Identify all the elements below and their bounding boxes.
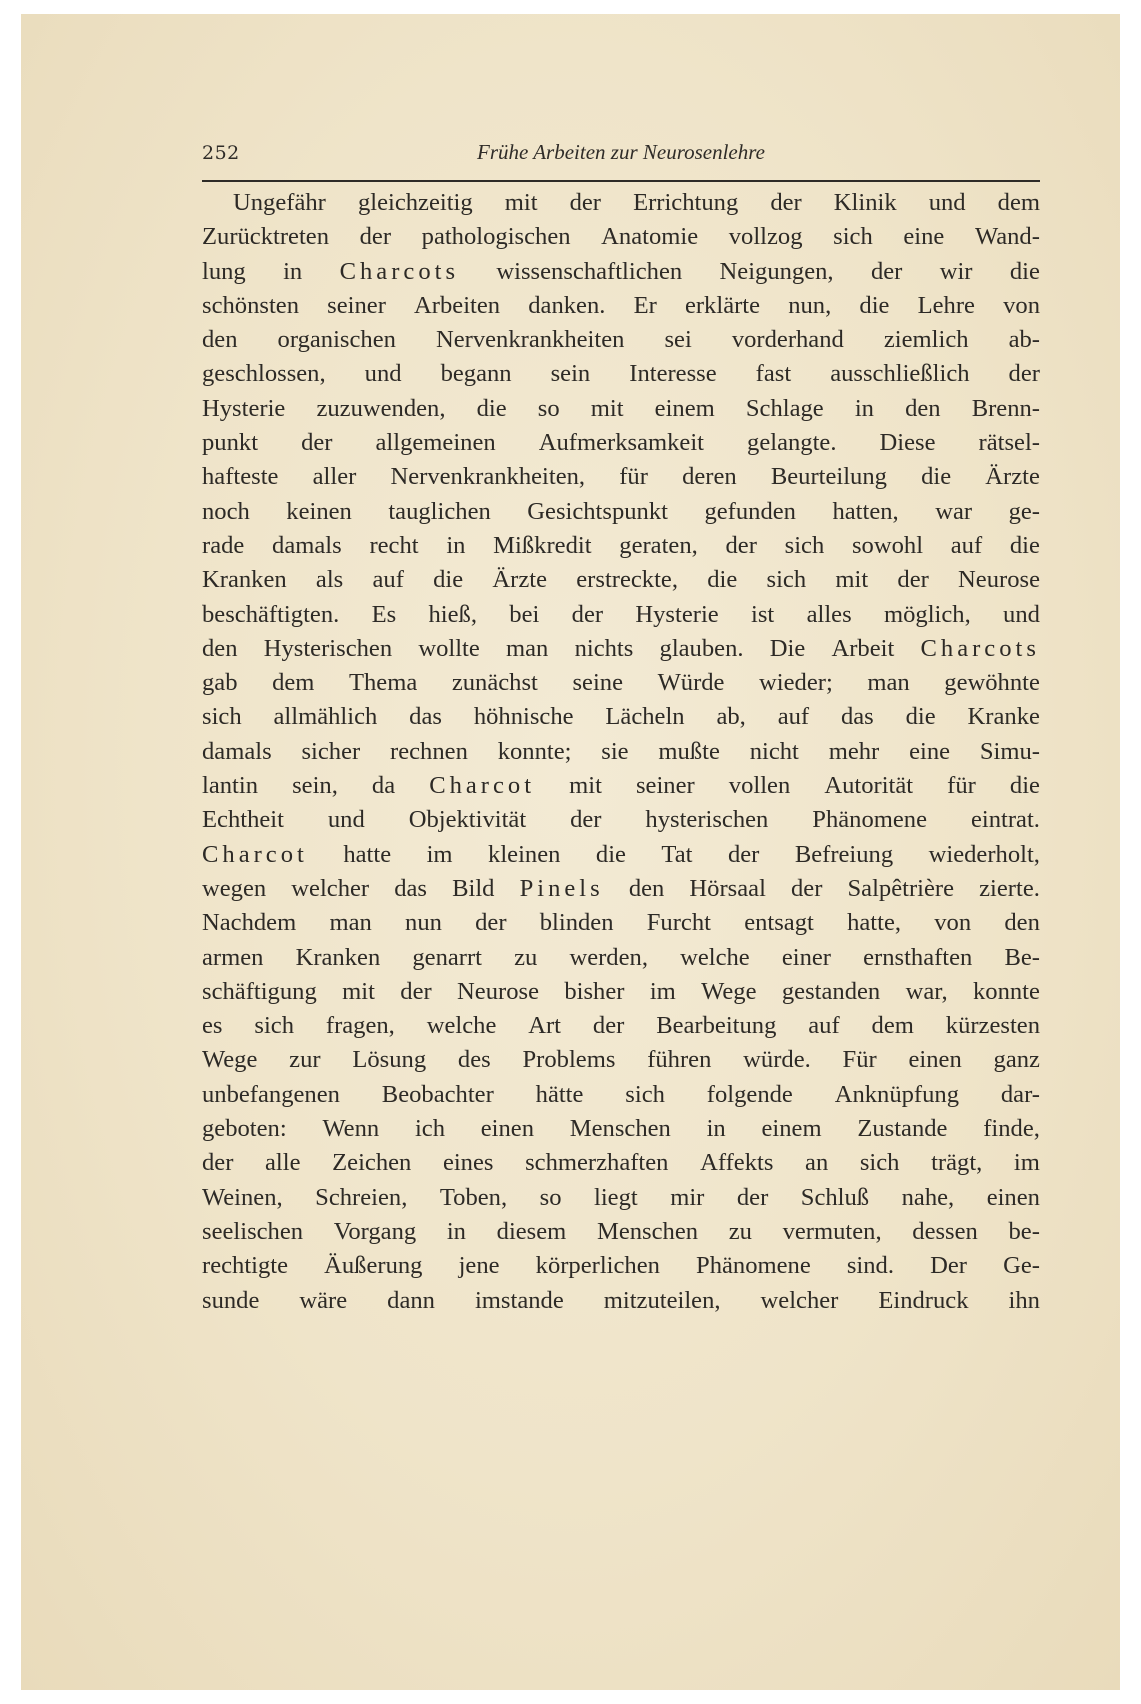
word: Anatomie xyxy=(601,220,698,254)
emphasized-name: Pinels xyxy=(520,872,604,906)
word: führen xyxy=(647,1043,711,1077)
word: und xyxy=(1003,598,1040,632)
word: Anknüpfung xyxy=(835,1078,959,1112)
body-text: UngefährgleichzeitigmitderErrichtungderK… xyxy=(202,186,1040,1318)
word: würde. xyxy=(743,1043,811,1077)
word: man xyxy=(506,632,548,666)
word: ist xyxy=(751,598,774,632)
word: Aufmerksamkeit xyxy=(539,426,704,460)
word: Arbeit xyxy=(831,632,894,666)
word: Ge- xyxy=(1003,1249,1040,1283)
word: wegen xyxy=(202,872,266,906)
word: Neurose xyxy=(958,563,1040,597)
word: beschäftigten. xyxy=(202,598,339,632)
word: der xyxy=(897,563,928,597)
word: bei xyxy=(509,598,539,632)
word: liegt xyxy=(594,1181,638,1215)
word: alle xyxy=(265,1146,301,1180)
word: Weinen, xyxy=(202,1181,283,1215)
word: geboten: xyxy=(202,1112,287,1146)
running-title: Frühe Arbeiten zur Neurosenlehre xyxy=(202,140,1040,165)
word: man xyxy=(329,906,371,940)
word: nahe, xyxy=(902,1181,955,1215)
text-line: EchtheitundObjektivitätderhysterischenPh… xyxy=(202,803,1040,837)
word: bisher xyxy=(564,975,624,1009)
word: Für xyxy=(843,1043,877,1077)
word: Menschen xyxy=(597,1215,698,1249)
word: dem xyxy=(872,1009,914,1043)
word: Objektivität xyxy=(409,803,526,837)
text-line: UngefährgleichzeitigmitderErrichtungderK… xyxy=(202,186,1040,220)
word: gab xyxy=(202,666,238,700)
word: sich xyxy=(860,1146,900,1180)
text-line: armenKrankengenarrtzuwerden,welcheeinere… xyxy=(202,941,1040,975)
text-line: denHysterischenwolltemannichtsglauben.Di… xyxy=(202,632,1040,666)
word: der xyxy=(400,975,431,1009)
word: Phänomene xyxy=(696,1249,811,1283)
word: folgende xyxy=(707,1078,793,1112)
word: von xyxy=(934,906,971,940)
word: Menschen xyxy=(570,1112,671,1146)
text-line: haftesteallerNervenkrankheiten,fürderenB… xyxy=(202,460,1040,494)
word: rade xyxy=(202,529,244,563)
word: geraten, xyxy=(619,529,698,563)
word: sunde xyxy=(202,1284,259,1318)
word: nicht xyxy=(750,735,799,769)
word: Brenn- xyxy=(972,392,1040,426)
word: Salpêtrière xyxy=(848,872,955,906)
word: Beurteilung xyxy=(771,460,887,494)
word: und xyxy=(328,803,365,837)
word: Hörsaal xyxy=(689,872,765,906)
text-line: sundewäredannimstandemitzuteilen,welcher… xyxy=(202,1284,1040,1318)
word: Ärzte xyxy=(492,563,547,597)
word: den xyxy=(629,872,665,906)
word: Die xyxy=(770,632,806,666)
word: deren xyxy=(682,460,737,494)
word: erklärte xyxy=(685,289,760,323)
word: eine xyxy=(903,220,944,254)
word: Lehre xyxy=(918,289,975,323)
word: den xyxy=(202,323,238,357)
word: Thema xyxy=(349,666,417,700)
text-line: gabdemThemazunächstseineWürdewieder;mang… xyxy=(202,666,1040,700)
word: Interesse xyxy=(629,357,716,391)
word: gewöhnte xyxy=(944,666,1040,700)
word: dem xyxy=(272,666,314,700)
word: Phänomene xyxy=(812,803,927,837)
word: gelangte. xyxy=(747,426,836,460)
word: den xyxy=(1004,906,1040,940)
word: Echtheit xyxy=(202,803,284,837)
word: Affekts xyxy=(700,1146,773,1180)
text-line: lantinsein,daCharcotmitseinervollenAutor… xyxy=(202,769,1040,803)
word: Kranken xyxy=(296,941,381,975)
word: welcher xyxy=(761,1284,839,1318)
word: Kranken xyxy=(202,563,287,597)
word: genarrt xyxy=(412,941,482,975)
word: keinen xyxy=(286,495,352,529)
word: seiner xyxy=(327,289,386,323)
text-line: beschäftigten.Eshieß,beiderHysterieistal… xyxy=(202,598,1040,632)
word: die xyxy=(596,838,626,872)
text-line: KrankenalsaufdieÄrzteerstreckte,diesichm… xyxy=(202,563,1040,597)
word: Nervenkrankheiten, xyxy=(390,460,585,494)
word: der xyxy=(593,1009,624,1043)
word: werden, xyxy=(569,941,648,975)
word: Hysterie xyxy=(635,598,718,632)
word: welche xyxy=(427,1009,497,1043)
word: und xyxy=(365,357,402,391)
word: fast xyxy=(756,357,792,391)
word: wir xyxy=(940,255,973,289)
word: mit xyxy=(835,563,868,597)
word: ganz xyxy=(994,1043,1040,1077)
word: zierte. xyxy=(979,872,1040,906)
word: Neurose xyxy=(457,975,539,1009)
word: wiederholt, xyxy=(929,838,1040,872)
text-line: schönstenseinerArbeitendanken.Ererklärte… xyxy=(202,289,1040,323)
word: be- xyxy=(1009,1215,1040,1249)
word: schäftigung xyxy=(202,975,317,1009)
word: seiner xyxy=(636,769,695,803)
word: mitzuteilen, xyxy=(604,1284,721,1318)
text-line: Weinen,Schreien,Toben,soliegtmirderSchlu… xyxy=(202,1181,1040,1215)
word: hatten, xyxy=(832,495,898,529)
text-line: unbefangenenBeobachterhättesichfolgendeA… xyxy=(202,1078,1040,1112)
word: Vorgang xyxy=(334,1215,416,1249)
word: der xyxy=(570,186,601,220)
word: welcher xyxy=(291,872,369,906)
word: zu xyxy=(729,1215,752,1249)
word: zuzuwenden, xyxy=(316,392,445,426)
word: einem xyxy=(761,1112,821,1146)
word: entsagt xyxy=(744,906,814,940)
word: konnte; xyxy=(498,735,572,769)
text-line: nochkeinentauglichenGesichtspunktgefunde… xyxy=(202,495,1040,529)
word: nun, xyxy=(788,289,831,323)
word: seine xyxy=(572,666,623,700)
word: armen xyxy=(202,941,263,975)
word: vermuten, xyxy=(783,1215,882,1249)
word: diesem xyxy=(497,1215,567,1249)
word: pathologischen xyxy=(422,220,571,254)
word: Arbeiten xyxy=(414,289,500,323)
word: einen xyxy=(481,1112,534,1146)
word: sich xyxy=(767,563,807,597)
word: man xyxy=(867,666,909,700)
word: Zeichen xyxy=(332,1146,411,1180)
text-line: geschlossen,undbegannseinInteressefastau… xyxy=(202,357,1040,391)
word: Es xyxy=(372,598,397,632)
word: Würde xyxy=(658,666,725,700)
word: zunächst xyxy=(452,666,538,700)
word: vollzog xyxy=(729,220,803,254)
word: vollen xyxy=(729,769,790,803)
word: Klinik xyxy=(834,186,897,220)
word: sie xyxy=(601,735,628,769)
word: sein, xyxy=(292,769,338,803)
word: schmerzhaften xyxy=(525,1146,668,1180)
word: mehr xyxy=(829,735,880,769)
word: organischen xyxy=(278,323,396,357)
word: sind. xyxy=(847,1249,894,1283)
word: zur xyxy=(289,1043,320,1077)
word: hatte xyxy=(343,838,391,872)
word: einer xyxy=(782,941,831,975)
word: auf xyxy=(372,563,403,597)
word: so xyxy=(540,1181,562,1215)
word: Äußerung xyxy=(324,1249,422,1283)
word: erstreckte, xyxy=(576,563,678,597)
word: auf xyxy=(951,529,982,563)
word: der xyxy=(1009,357,1040,391)
word: Schluß xyxy=(801,1181,869,1215)
word: ausschließlich xyxy=(830,357,969,391)
word: Nachdem xyxy=(202,906,296,940)
word: der xyxy=(728,838,759,872)
word: einem xyxy=(655,392,715,426)
word: nun xyxy=(405,906,442,940)
word: in xyxy=(283,255,302,289)
word: kürzesten xyxy=(946,1009,1040,1043)
word: Wenn xyxy=(322,1112,379,1146)
emphasized-name: Charcots xyxy=(340,255,459,289)
text-line: schäftigungmitderNeurosebisherimWegegest… xyxy=(202,975,1040,1009)
word: der xyxy=(360,220,391,254)
word: imstande xyxy=(475,1284,564,1318)
word: Art xyxy=(528,1009,561,1043)
word: ziemlich xyxy=(884,323,969,357)
word: den xyxy=(202,632,238,666)
word: ab- xyxy=(1009,323,1040,357)
word: dem xyxy=(998,186,1040,220)
word: kleinen xyxy=(488,838,560,872)
emphasized-name: Charcot xyxy=(429,769,535,803)
word: Der xyxy=(930,1249,967,1283)
word: gleichzeitig xyxy=(358,186,473,220)
word: da xyxy=(372,769,395,803)
word: hysterischen xyxy=(645,803,768,837)
word: Diese xyxy=(880,426,936,460)
word: für xyxy=(619,460,648,494)
word: hatte, xyxy=(847,906,901,940)
word: blinden xyxy=(540,906,614,940)
word: einen xyxy=(909,1043,962,1077)
word: gefunden xyxy=(704,495,796,529)
word: unbefangenen xyxy=(202,1078,340,1112)
word: die xyxy=(707,563,737,597)
text-line: seelischenVorgangindiesemMenschenzuvermu… xyxy=(202,1215,1040,1249)
word: das xyxy=(394,872,427,906)
word: rechtigte xyxy=(202,1249,288,1283)
word: allmählich xyxy=(273,700,377,734)
word: mir xyxy=(670,1181,704,1215)
word: in xyxy=(707,1112,726,1146)
word: von xyxy=(1003,289,1040,323)
word: Wand- xyxy=(975,220,1040,254)
word: Kranke xyxy=(968,700,1040,734)
word: Ärzte xyxy=(985,460,1040,494)
word: den xyxy=(905,392,941,426)
word: konnte xyxy=(973,975,1040,1009)
word: Problems xyxy=(522,1043,615,1077)
word: möglich, xyxy=(884,598,971,632)
word: der xyxy=(572,598,603,632)
word: das xyxy=(409,700,442,734)
text-line: NachdemmannunderblindenFurchtentsagthatt… xyxy=(202,906,1040,940)
word: im xyxy=(427,838,453,872)
word: Errichtung xyxy=(633,186,738,220)
word: vorderhand xyxy=(732,323,844,357)
word: Autorität xyxy=(824,769,913,803)
word: trägt, xyxy=(931,1146,982,1180)
word: Wege xyxy=(202,1043,257,1077)
word: Eindruck xyxy=(878,1284,968,1318)
word: die xyxy=(1010,769,1040,803)
word: der xyxy=(791,872,822,906)
text-line: ZurücktretenderpathologischenAnatomievol… xyxy=(202,220,1040,254)
word: Er xyxy=(634,289,657,323)
word: lung xyxy=(202,255,246,289)
word: Schlage xyxy=(746,392,824,426)
word: eines xyxy=(443,1146,494,1180)
word: geschlossen, xyxy=(202,357,326,391)
word: Hysterie xyxy=(202,392,285,426)
word: der xyxy=(871,255,902,289)
text-line: CharcothatteimkleinendieTatderBefreiungw… xyxy=(202,838,1040,872)
word: schönsten xyxy=(202,289,299,323)
word: eine xyxy=(909,735,950,769)
word: aller xyxy=(313,460,357,494)
word: war, xyxy=(906,975,948,1009)
emphasized-name: Charcot xyxy=(202,838,308,872)
word: Gesichtspunkt xyxy=(527,495,668,529)
word: finde, xyxy=(983,1112,1040,1146)
word: Bild xyxy=(452,872,494,906)
word: so xyxy=(538,392,560,426)
word: mit xyxy=(569,769,602,803)
word: tauglichen xyxy=(388,495,490,529)
word: mit xyxy=(505,186,538,220)
word: rechnen xyxy=(390,735,468,769)
word: Mißkredit xyxy=(493,529,591,563)
word: Simu- xyxy=(980,735,1040,769)
word: die xyxy=(1010,255,1040,289)
word: die xyxy=(477,392,507,426)
word: wieder; xyxy=(759,666,833,700)
word: sich xyxy=(202,700,242,734)
word: im xyxy=(650,975,676,1009)
word: Beobachter xyxy=(382,1078,494,1112)
word: Zustande xyxy=(857,1112,947,1146)
emphasized-name: Charcots xyxy=(921,632,1040,666)
word: Befreiung xyxy=(795,838,893,872)
word: danken. xyxy=(528,289,605,323)
word: wissenschaftlichen xyxy=(496,255,682,289)
word: hafteste xyxy=(202,460,278,494)
word: sich xyxy=(785,529,825,563)
word: auf xyxy=(808,1009,839,1043)
word: Nervenkrankheiten xyxy=(436,323,624,357)
word: sei xyxy=(664,323,691,357)
word: einen xyxy=(987,1181,1040,1215)
text-line: rechtigteÄußerungjenekörperlichenPhänome… xyxy=(202,1249,1040,1283)
text-line: deralleZeicheneinesschmerzhaftenAffektsa… xyxy=(202,1146,1040,1180)
word: gestanden xyxy=(782,975,880,1009)
word: damals xyxy=(202,735,272,769)
text-line: punktderallgemeinenAufmerksamkeitgelangt… xyxy=(202,426,1040,460)
word: seelischen xyxy=(202,1215,303,1249)
word: damals xyxy=(272,529,342,563)
word: sich xyxy=(625,1078,665,1112)
word: ab, xyxy=(716,700,745,734)
word: recht xyxy=(369,529,418,563)
word: lantin xyxy=(202,769,258,803)
text-line: WegezurLösungdesProblemsführenwürde.Füre… xyxy=(202,1043,1040,1077)
word: Neigungen, xyxy=(720,255,834,289)
word: des xyxy=(458,1043,491,1077)
word: Bearbeitung xyxy=(656,1009,776,1043)
text-line: denorganischenNervenkrankheitenseivorder… xyxy=(202,323,1040,357)
word: fragen, xyxy=(326,1009,395,1043)
word: Lösung xyxy=(352,1043,426,1077)
word: begann xyxy=(441,357,512,391)
text-line: sichallmählichdashöhnischeLächelnab,aufd… xyxy=(202,700,1040,734)
word: eintrat. xyxy=(971,803,1040,837)
word: Wege xyxy=(701,975,756,1009)
word: sicher xyxy=(301,735,360,769)
word: Be- xyxy=(1004,941,1040,975)
text-line: wegenwelcherdasBildPinelsdenHörsaalderSa… xyxy=(202,872,1040,906)
word: an xyxy=(805,1146,828,1180)
word: in xyxy=(855,392,874,426)
word: ernsthaften xyxy=(863,941,972,975)
word: Zurücktreten xyxy=(202,220,329,254)
word: mit xyxy=(591,392,624,426)
word: der xyxy=(770,186,801,220)
word: Furcht xyxy=(647,906,711,940)
word: Toben, xyxy=(440,1181,507,1215)
word: sein xyxy=(551,357,591,391)
word: in xyxy=(447,1215,466,1249)
word: dann xyxy=(387,1284,435,1318)
word: ge- xyxy=(1009,495,1040,529)
word: die xyxy=(921,460,951,494)
word: der xyxy=(475,906,506,940)
word: im xyxy=(1014,1146,1040,1180)
word: zu xyxy=(514,941,537,975)
word: Hysterischen xyxy=(264,632,392,666)
word: glauben. xyxy=(660,632,744,666)
word: mußte xyxy=(658,735,719,769)
word: auf xyxy=(778,700,809,734)
word: sich xyxy=(833,220,873,254)
word: nichts xyxy=(575,632,634,666)
word: der xyxy=(737,1181,768,1215)
word: die xyxy=(1010,529,1040,563)
word: die xyxy=(906,700,936,734)
word: die xyxy=(859,289,889,323)
word: alles xyxy=(807,598,852,632)
word: für xyxy=(947,769,976,803)
word: wollte xyxy=(418,632,479,666)
page-header: 252 Frühe Arbeiten zur Neurosenlehre xyxy=(202,134,1040,182)
text-line: lunginCharcotswissenschaftlichenNeigunge… xyxy=(202,255,1040,289)
word: sich xyxy=(254,1009,294,1043)
word: das xyxy=(841,700,874,734)
word: ich xyxy=(415,1112,445,1146)
